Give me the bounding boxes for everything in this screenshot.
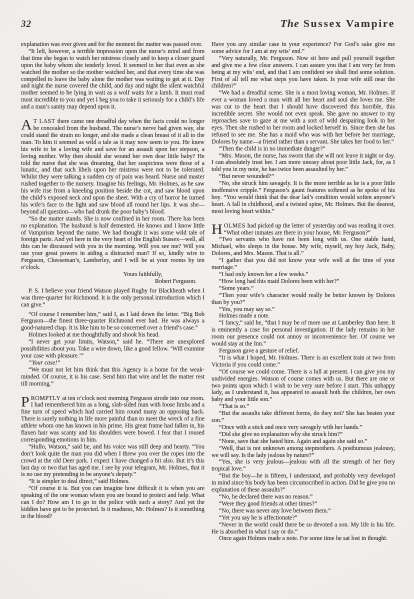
column-right: Have you any similar case in your experi… <box>212 41 396 542</box>
paragraph: “I never get your limits, Watson,” said … <box>21 339 205 360</box>
scanned-book-screenshot: 32 The Sussex Vampire explanation was ev… <box>0 0 414 599</box>
paragraph: “Very naturally, Mr. Ferguson. Now sit h… <box>212 55 396 90</box>
paragraph: P. S. I believe your friend Watson playe… <box>21 287 205 308</box>
paragraph: “It is what I hoped, Mr. Holmes. There i… <box>212 354 396 368</box>
page-number: 32 <box>21 19 32 30</box>
paragraph: “We had a dreadful scene. She is a most … <box>212 90 396 146</box>
dropcap-letter: P <box>21 395 31 408</box>
paragraph: “Mrs. Mason, the nurse, has sworn that s… <box>212 152 396 173</box>
paragraph: “Yes, she is very jealous—jealous with a… <box>212 459 396 473</box>
paragraph: “I gather that you did not know your wif… <box>212 257 396 271</box>
running-title-the: The <box>280 17 299 30</box>
text-columns: explanation was ever given and for the m… <box>21 41 395 542</box>
dropcap-lead-word: T LAST <box>33 118 57 125</box>
book-page: 32 The Sussex Vampire explanation was ev… <box>0 0 414 599</box>
paragraph: “Then your wife’s character would really… <box>212 292 396 306</box>
dropcap-letter: H <box>212 222 224 235</box>
column-left: explanation was ever given and for the m… <box>21 41 205 542</box>
dropcap-letter: A <box>21 118 33 131</box>
paragraph: “Of course we could come. There is a lul… <box>212 368 396 403</box>
paragraph: “It left, however, a terrible impression… <box>21 48 205 111</box>
paragraph: Robert Ferguson. <box>21 278 205 285</box>
running-title: The Sussex Vampire <box>280 17 395 30</box>
section-opening-paragraph: PROMPTLY at ten o’clock next morning Fer… <box>21 395 205 444</box>
section-opening-paragraph: HOLMES had picked up the letter of yeste… <box>212 222 396 236</box>
paragraph: “But the boy—he is fifteen, I understand… <box>212 473 396 494</box>
running-head: 32 The Sussex Vampire <box>21 17 395 30</box>
paragraph: “So the matter stands. She is now confin… <box>21 215 205 271</box>
paragraph: “But the assaults take different forms, … <box>212 410 396 424</box>
paragraph: “I fancy,” said he, “that I may be of mo… <box>212 320 396 348</box>
paragraph: “Of course I remember him,” said I, as I… <box>21 311 205 332</box>
dropcap-lead-word: ROMPTLY <box>31 394 62 401</box>
paragraph: “Of course it is. But you can imagine ho… <box>21 485 205 520</box>
paragraph: “Two servants who have not been long wit… <box>212 236 396 257</box>
running-title-rest: Sussex Vampire <box>303 17 395 30</box>
paragraph: “Hullo, Watson,” said he, and his voice … <box>21 443 205 478</box>
paragraph: “Never in the world could there be so de… <box>212 521 396 535</box>
paragraph: Once again Holmes made a note. For some … <box>212 535 396 542</box>
dropcap-lead-word: OLMES <box>224 222 247 229</box>
paragraph: Have you any similar case in your experi… <box>212 41 396 55</box>
paragraph: “Well, that is not unknown among stepmot… <box>212 445 396 459</box>
paragraph: “No, she struck him savagely. It is the … <box>212 180 396 215</box>
paragraph: “We must not let him think that this Age… <box>21 366 205 387</box>
section-opening-paragraph: AT LAST there came one dreadful day when… <box>21 118 205 215</box>
